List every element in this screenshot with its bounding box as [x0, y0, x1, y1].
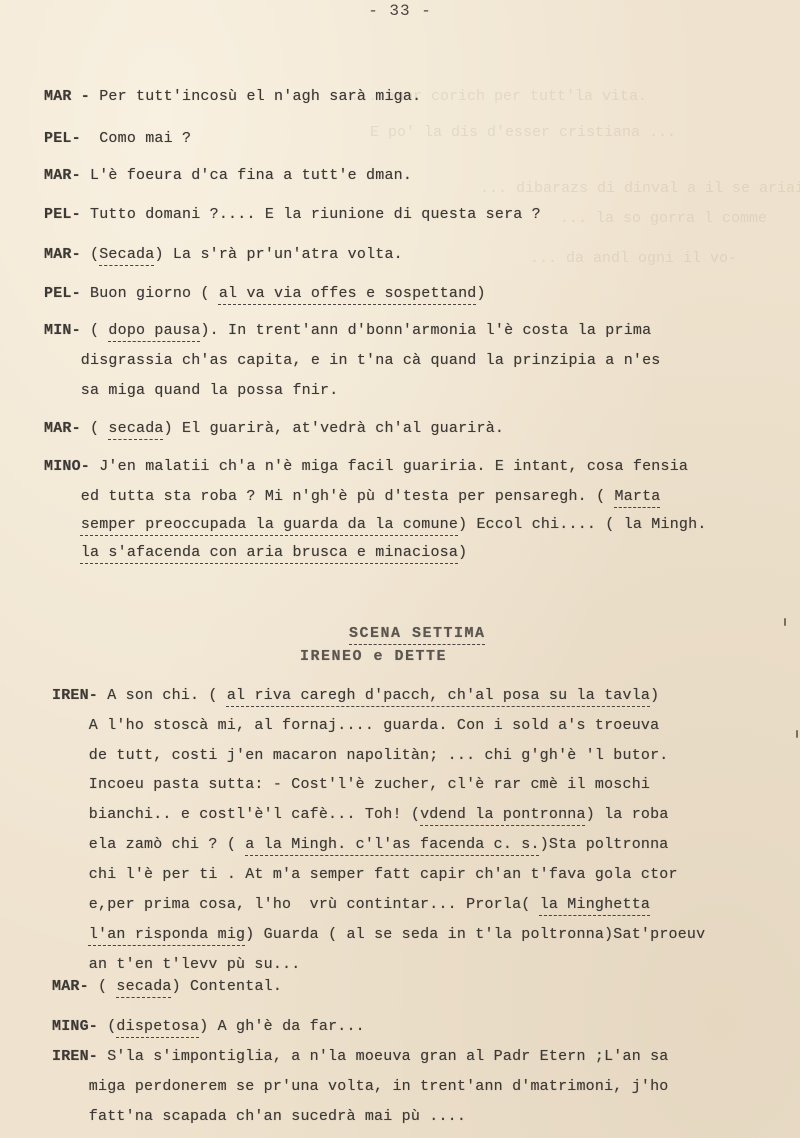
dialogue-line: PEL- Tutto domani ?.... E la riunione di… [44, 206, 541, 223]
dialogue-text: ed tutta sta roba ? Mi n'gh'è pù d'testa… [44, 488, 615, 505]
dialogue-text: ) El guarirà, at'vedrà ch'al guarirà. [164, 420, 504, 437]
dialogue-line: ed tutta sta roba ? Mi n'gh'è pù d'testa… [44, 488, 661, 505]
dialogue-text: J'en malatii ch'a n'è miga facil guariri… [90, 458, 688, 475]
dialogue-text: ) Eccol chi.... ( la Mingh. [458, 516, 706, 533]
speaker-label: MAR- [52, 978, 89, 995]
dialogue-text: ) Guarda ( al se seda in t'la poltronna)… [245, 926, 705, 943]
dialogue-line: PEL- Como mai ? [44, 130, 191, 147]
dialogue-text: bianchi.. e costl'è'l cafè... Toh! ( [52, 806, 420, 823]
speaker-label: MING- [52, 1018, 98, 1035]
stage-direction: dopo pausa [108, 322, 200, 339]
dialogue-line: de tutt, costi j'en macaron napolitàn; .… [52, 747, 669, 764]
dialogue-text: de tutt, costi j'en macaron napolitàn; .… [52, 747, 669, 764]
dialogue-text: Tutto domani ?.... E la riunione di ques… [81, 206, 541, 223]
speaker-label: PEL- [44, 206, 81, 223]
stage-direction: vdend la pontronna [420, 806, 586, 823]
stage-direction: dispetosa [116, 1018, 199, 1035]
dialogue-text [52, 926, 89, 943]
dialogue-text: Buon giorno ( [81, 285, 219, 302]
dialogue-line: Incoeu pasta sutta: - Cost'l'è zucher, c… [52, 776, 650, 793]
dialogue-text [44, 544, 81, 561]
dialogue-text: sa miga quand la possa fnir. [44, 382, 338, 399]
dialogue-text: A l'ho stoscà mi, al fornaj.... guarda. … [52, 717, 659, 734]
dialogue-text: Per tutt'incosù el n'agh sarà miga. [90, 88, 421, 105]
dialogue-text: chi l'è per ti . At m'a semper fatt capi… [52, 866, 678, 883]
dialogue-line: miga perdonerem se pr'una volta, in tren… [52, 1078, 669, 1095]
dialogue-text: e,per prima cosa, l'ho vrù contintar... … [52, 896, 540, 913]
speaker-label: MAR- [44, 246, 81, 263]
dialogue-line: MAR- ( secada) El guarirà, at'vedrà ch'a… [44, 420, 504, 437]
speaker-label: MAR- [44, 167, 81, 184]
speaker-label: MAR - [44, 88, 90, 105]
speaker-label: PEL- [44, 130, 81, 147]
stage-direction: secada [116, 978, 171, 995]
dialogue-line: fatt'na scapada ch'an sucedrà mai pù ...… [52, 1108, 466, 1125]
margin-mark [796, 730, 798, 738]
margin-mark [784, 618, 786, 626]
dialogue-line: chi l'è per ti . At m'a semper fatt capi… [52, 866, 678, 883]
dialogue-line: A l'ho stoscà mi, al fornaj.... guarda. … [52, 717, 659, 734]
dialogue-text: miga perdonerem se pr'una volta, in tren… [52, 1078, 669, 1095]
dialogue-text: disgrassia ch'as capita, e in t'na cà qu… [44, 352, 661, 369]
bleed-through-line: ... la so gorra l comme [560, 210, 767, 227]
dialogue-text: ) [650, 687, 659, 704]
dialogue-line: PEL- Buon giorno ( al va via offes e sos… [44, 285, 486, 302]
dialogue-line: IREN- A son chi. ( al riva caregh d'pacc… [52, 687, 659, 704]
stage-direction: Secada [99, 246, 154, 263]
dialogue-text: ) A gh'è da far... [199, 1018, 365, 1035]
scene-characters: IRENEO e DETTE [300, 648, 447, 665]
speaker-label: IREN- [52, 1048, 98, 1065]
dialogue-text: an t'en t'levv pù su... [52, 956, 300, 973]
dialogue-text: ) Contental. [172, 978, 282, 995]
bleed-through-line: ... da andl ogni il vo- [530, 250, 737, 267]
dialogue-text: ) la roba [586, 806, 669, 823]
dialogue-text: ( [81, 246, 99, 263]
dialogue-text: fatt'na scapada ch'an sucedrà mai pù ...… [52, 1108, 466, 1125]
dialogue-text: ) [477, 285, 486, 302]
dialogue-line: MAR- ( secada) Contental. [52, 978, 282, 995]
dialogue-text: ) [458, 544, 467, 561]
page-number: - 33 - [0, 2, 800, 20]
stage-direction: secada [108, 420, 163, 437]
dialogue-line: bianchi.. e costl'è'l cafè... Toh! (vden… [52, 806, 669, 823]
stage-direction: la s'afacenda con aria brusca e minacios… [81, 544, 458, 561]
dialogue-text: ela zamò chi ? ( [52, 836, 245, 853]
dialogue-line: an t'en t'levv pù su... [52, 956, 300, 973]
dialogue-line: ela zamò chi ? ( a la Mingh. c'l'as face… [52, 836, 669, 853]
stage-direction: a la Mingh. c'l'as facenda c. s. [245, 836, 539, 853]
bleed-through-line: E po' la dis d'esser cristiana ... [370, 124, 676, 141]
speaker-label: PEL- [44, 285, 81, 302]
dialogue-text: L'è foeura d'ca fina a tutt'e dman. [81, 167, 412, 184]
speaker-label: MAR- [44, 420, 81, 437]
dialogue-text [44, 516, 81, 533]
stage-direction: al riva caregh d'pacch, ch'al posa su la… [227, 687, 650, 704]
dialogue-line: semper preoccupada la guarda da la comun… [44, 516, 707, 533]
stage-direction: l'an risponda mig [89, 926, 245, 943]
document-page: - 33 - ... amor corich per tutt'la vita.… [0, 0, 800, 1138]
dialogue-text: ( [89, 978, 117, 995]
dialogue-line: MAR - Per tutt'incosù el n'agh sarà miga… [44, 88, 421, 105]
speaker-label: IREN- [52, 687, 98, 704]
dialogue-text: A son chi. ( [98, 687, 227, 704]
dialogue-text: )Sta poltronna [540, 836, 669, 853]
stage-direction: la Minghetta [540, 896, 650, 913]
dialogue-line: IREN- S'la s'impontiglia, a n'la moeuva … [52, 1048, 669, 1065]
dialogue-text: ). In trent'ann d'bonn'armonia l'è costa… [200, 322, 651, 339]
dialogue-line: disgrassia ch'as capita, e in t'na cà qu… [44, 352, 661, 369]
dialogue-line: MING- (dispetosa) A gh'è da far... [52, 1018, 365, 1035]
dialogue-text: Incoeu pasta sutta: - Cost'l'è zucher, c… [52, 776, 650, 793]
stage-direction: al va via offes e sospettand [219, 285, 477, 302]
stage-direction: semper preoccupada la guarda da la comun… [81, 516, 458, 533]
dialogue-line: la s'afacenda con aria brusca e minacios… [44, 544, 467, 561]
dialogue-line: MIN- ( dopo pausa). In trent'ann d'bonn'… [44, 322, 651, 339]
dialogue-line: l'an risponda mig) Guarda ( al se seda i… [52, 926, 705, 943]
speaker-label: MINO- [44, 458, 90, 475]
dialogue-line: MAR- L'è foeura d'ca fina a tutt'e dman. [44, 167, 412, 184]
dialogue-line: MAR- (Secada) La s'rà pr'un'atra volta. [44, 246, 403, 263]
dialogue-line: MINO- J'en malatii ch'a n'è miga facil g… [44, 458, 688, 475]
dialogue-text: ( [81, 322, 109, 339]
dialogue-text: ( [81, 420, 109, 437]
bleed-through-line: ... dibarazs di dinval a il se ariai [480, 180, 800, 197]
stage-direction: Marta [615, 488, 661, 505]
dialogue-text: S'la s'impontiglia, a n'la moeuva gran a… [98, 1048, 669, 1065]
dialogue-text: ) La s'rà pr'un'atra volta. [154, 246, 402, 263]
speaker-label: MIN- [44, 322, 81, 339]
dialogue-line: e,per prima cosa, l'ho vrù contintar... … [52, 896, 650, 913]
dialogue-line: sa miga quand la possa fnir. [44, 382, 338, 399]
dialogue-text: ( [98, 1018, 116, 1035]
dialogue-text: Como mai ? [81, 130, 191, 147]
